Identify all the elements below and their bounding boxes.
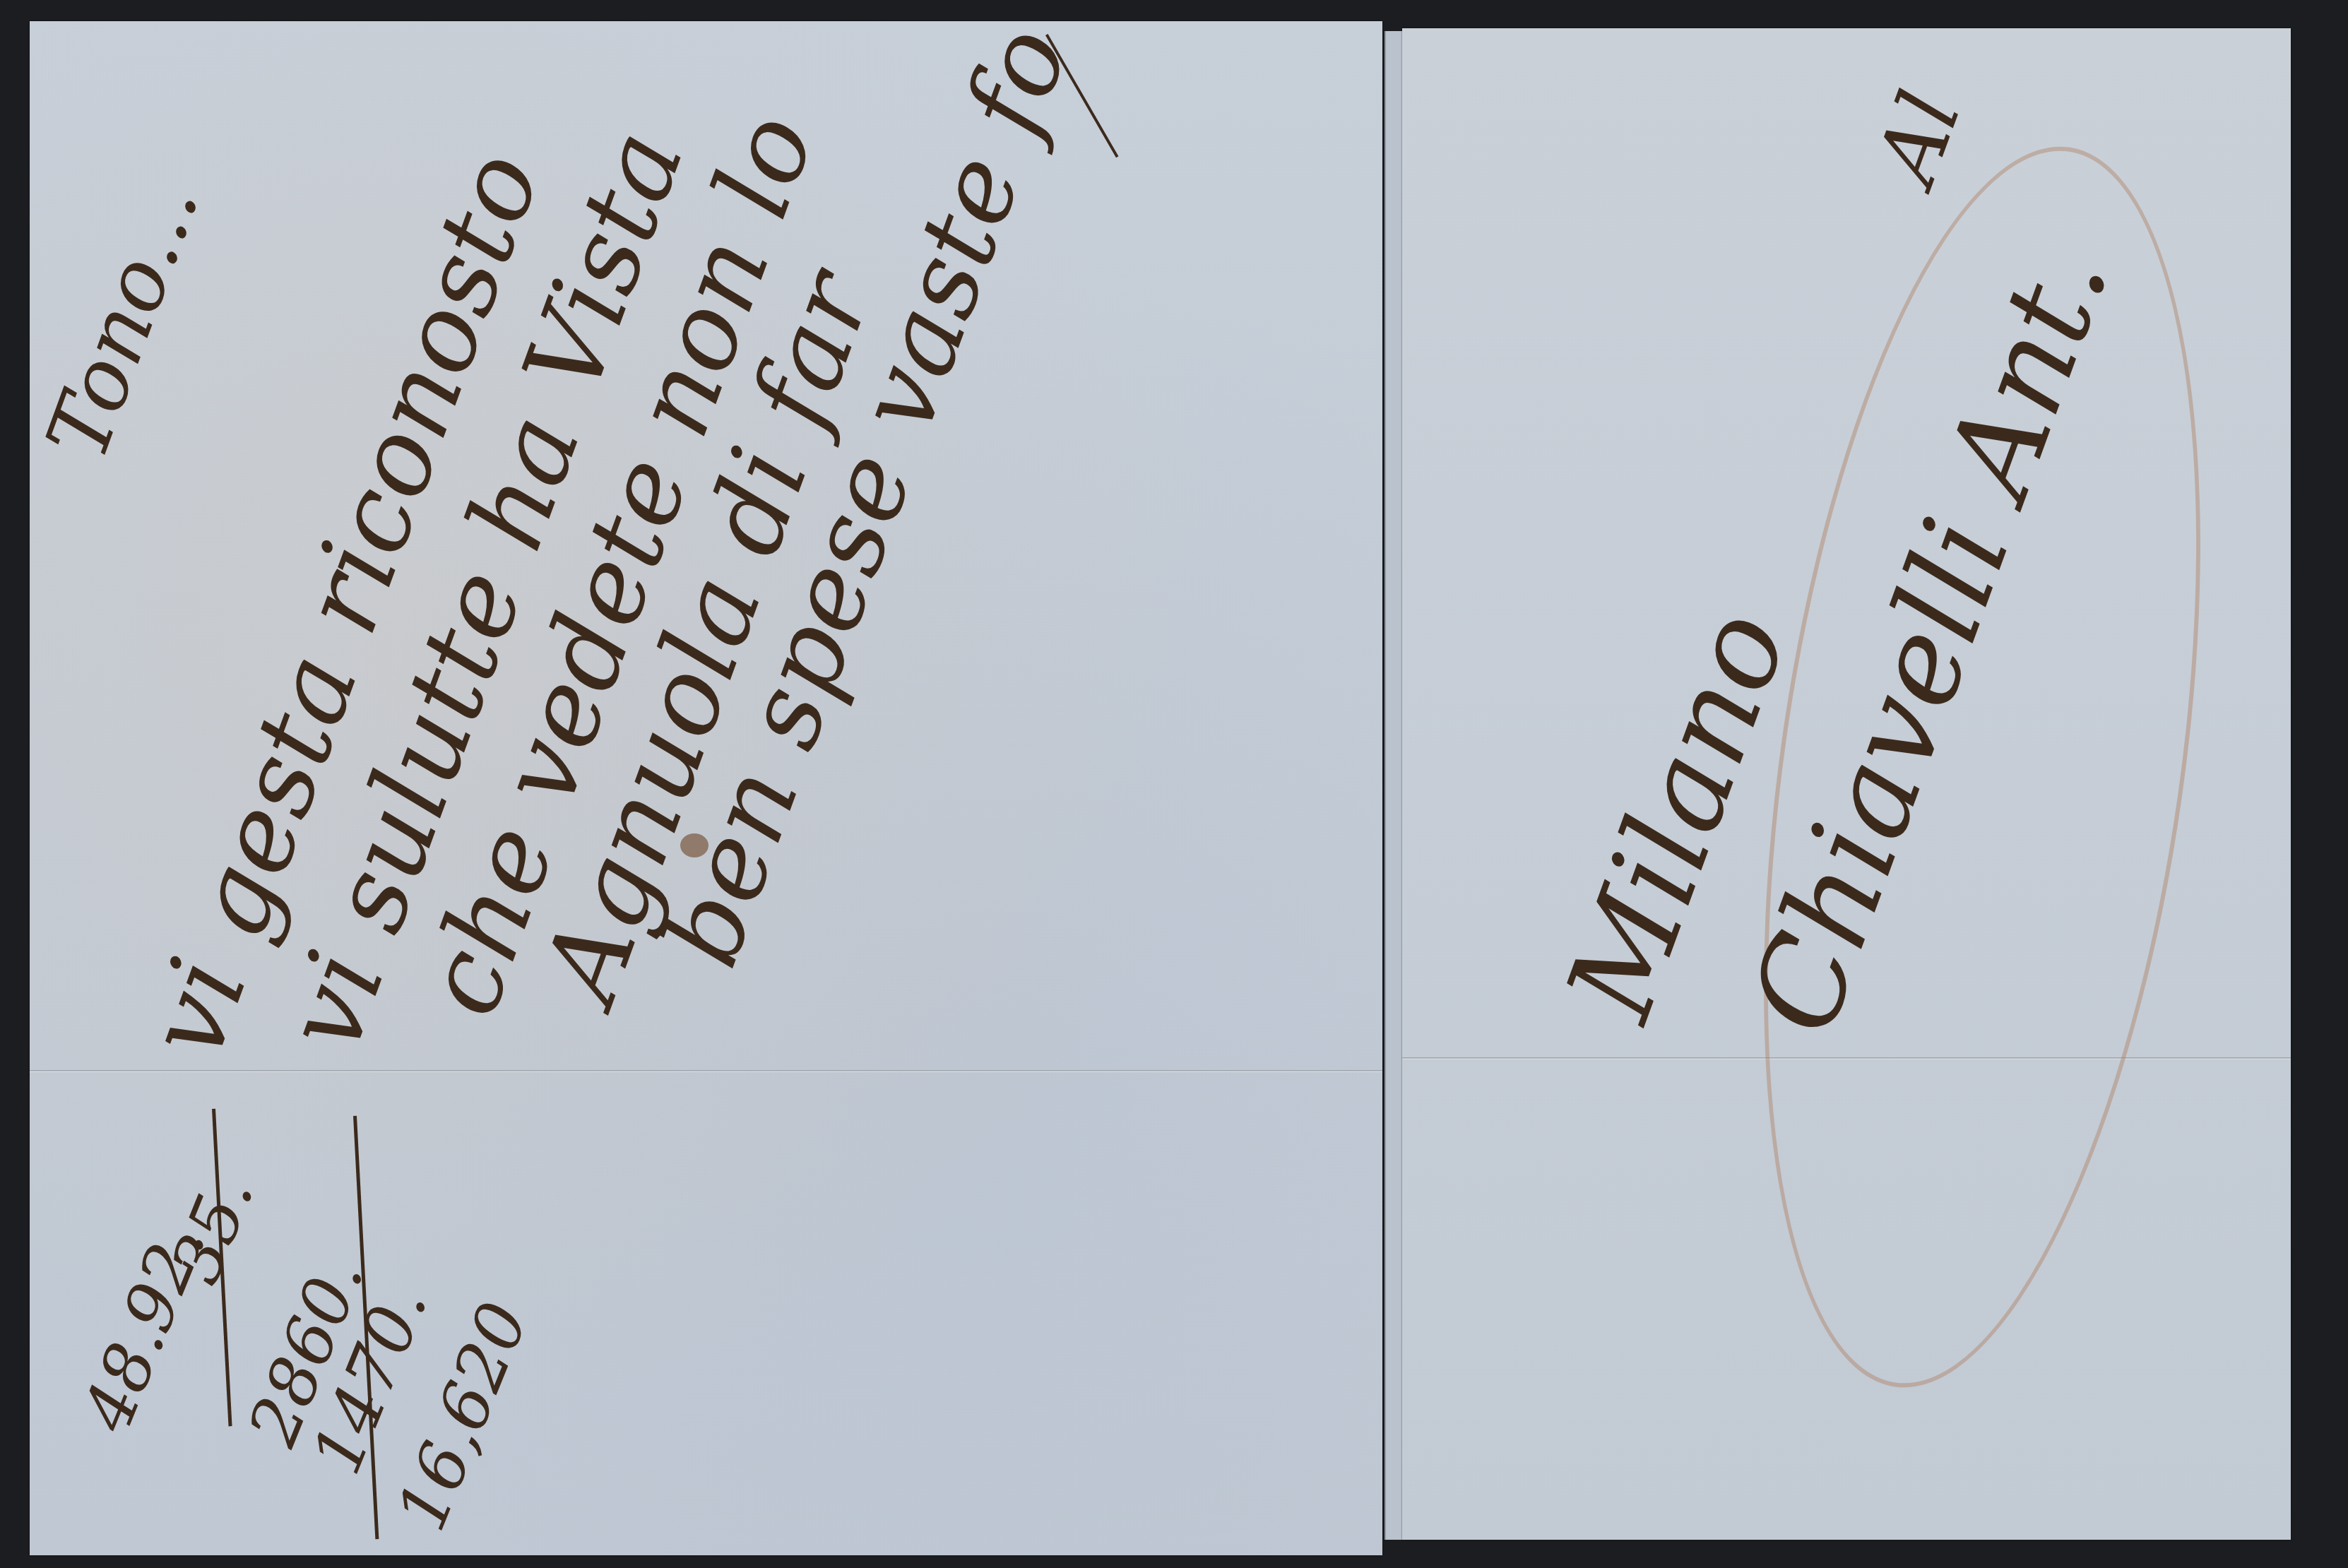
ink-blot <box>680 833 708 857</box>
